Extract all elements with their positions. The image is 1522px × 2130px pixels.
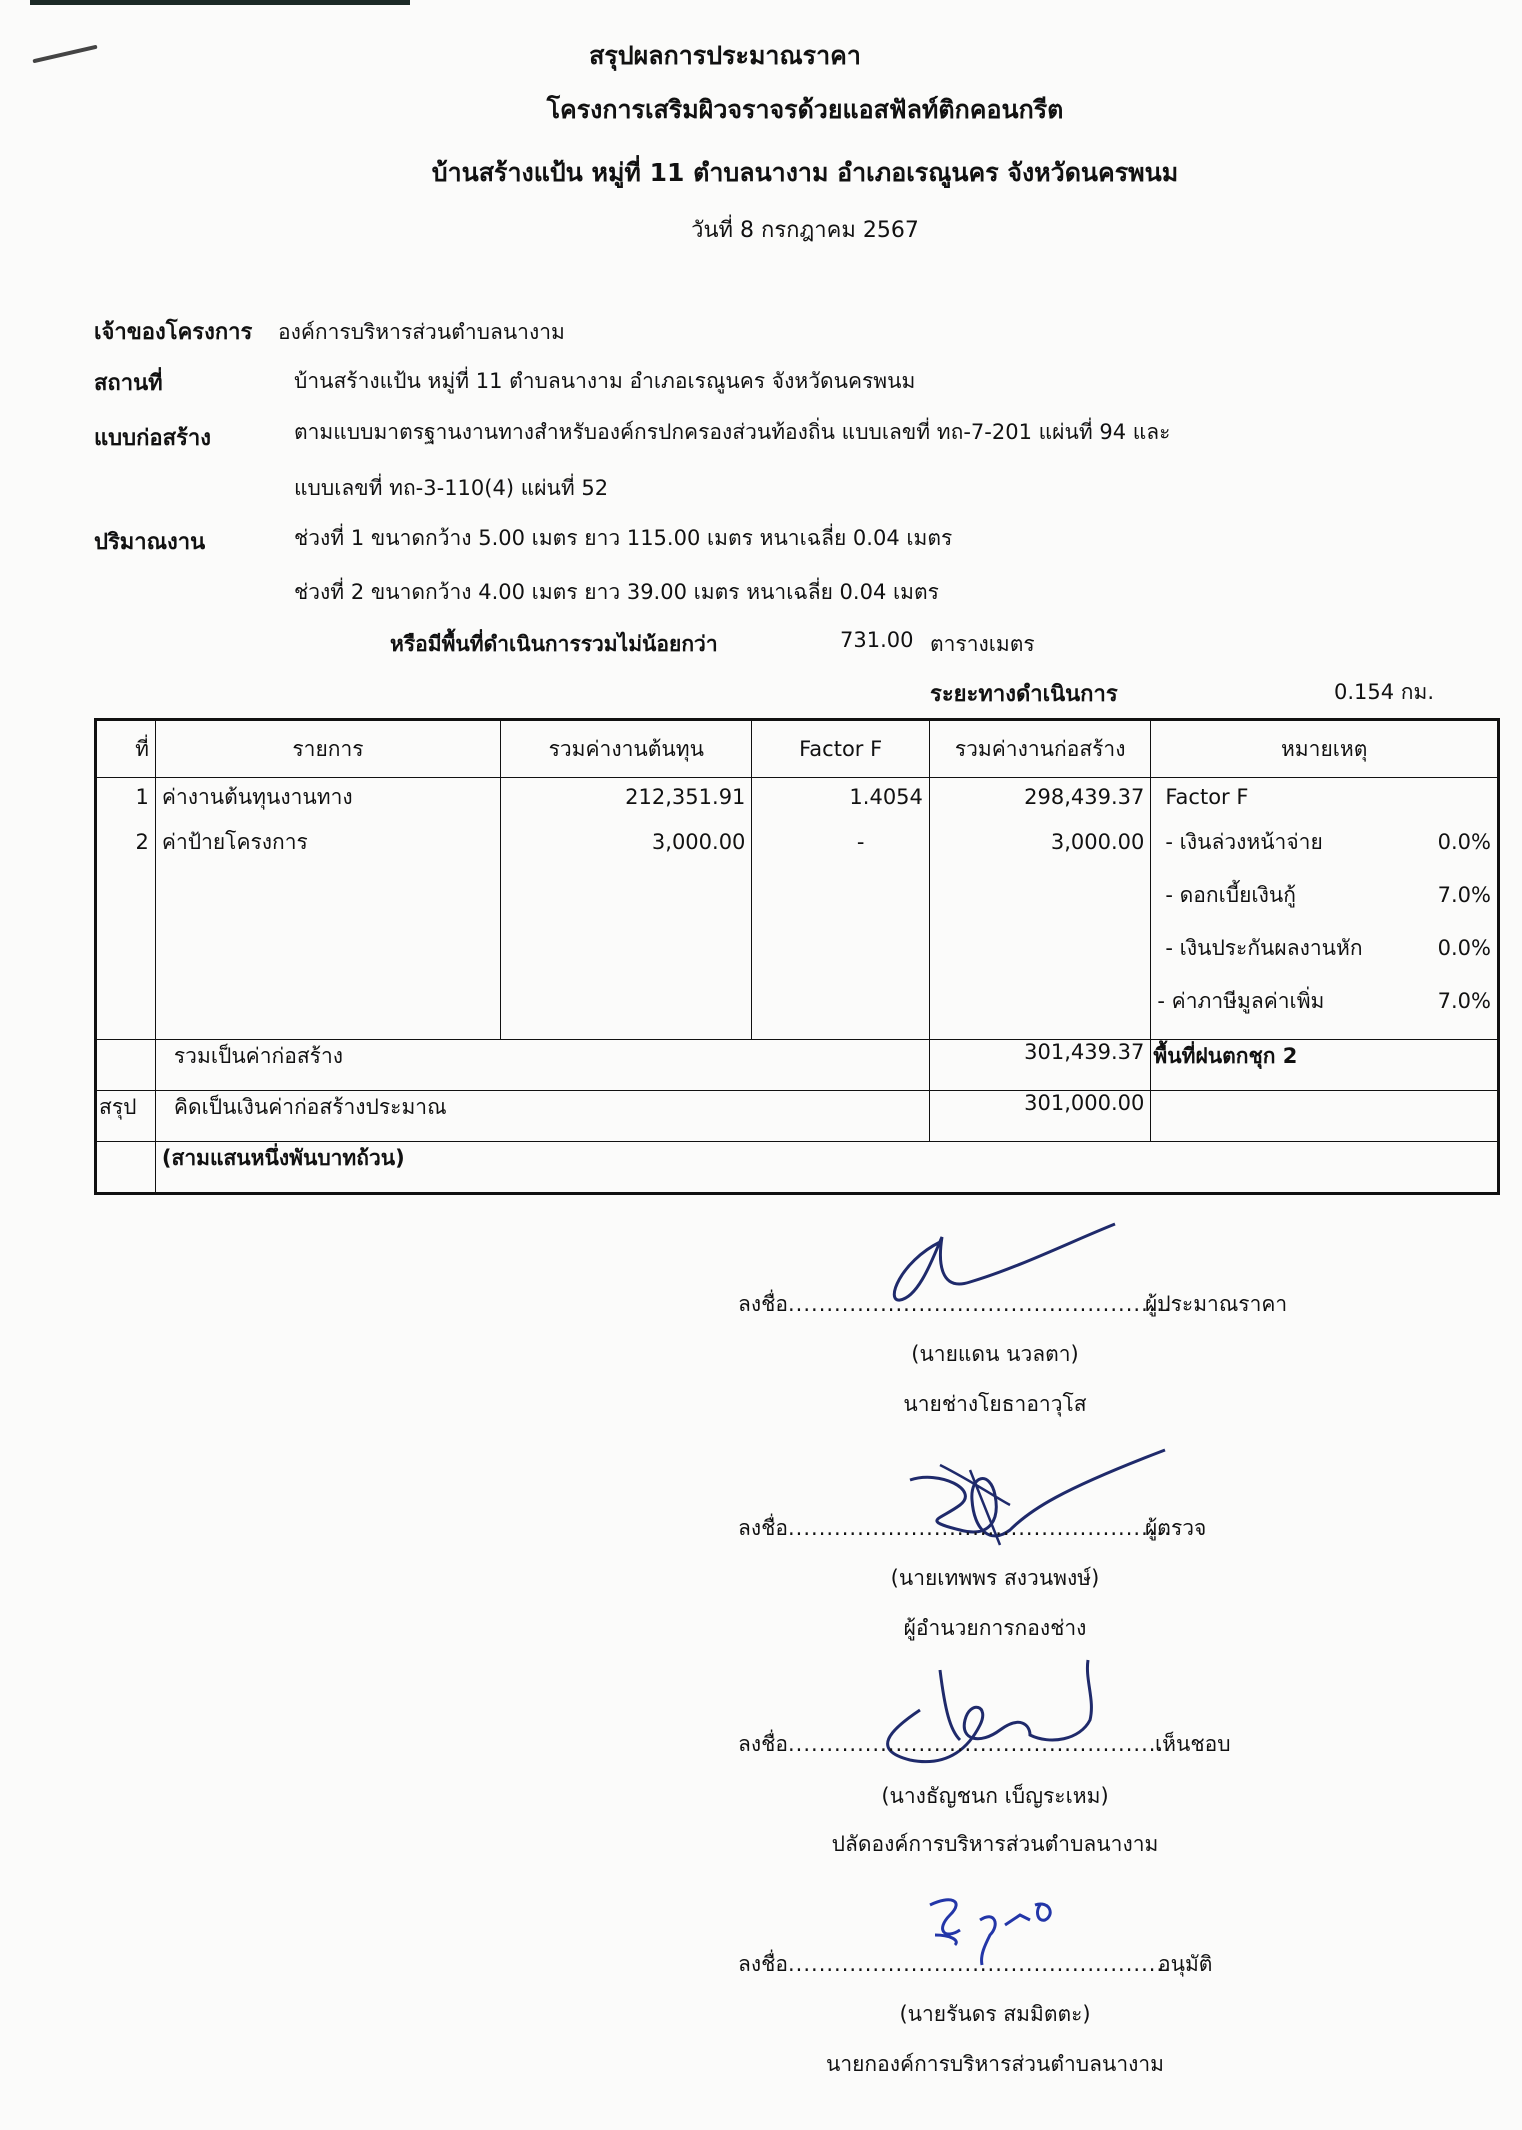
signer-role-4: อนุมัติ — [1158, 1948, 1212, 1981]
row-1-total: 298,439.37 — [936, 778, 1145, 816]
row-2-no: 2 — [103, 816, 149, 869]
remark-label: - ดอกเบี้ยเงินกู้ — [1157, 869, 1296, 922]
place-label: สถานที่ — [94, 365, 163, 400]
col-header-item: รายการ — [155, 720, 500, 778]
signer-position-2: ผู้อำนวยการกองช่าง — [760, 1612, 1230, 1645]
signer-position-4: นายกองค์การบริหารส่วนตำบลนางาม — [760, 2048, 1230, 2081]
remark-retention: - เงินประกันผลงานหัก 0.0% — [1157, 922, 1491, 975]
subtotal-value: 301,439.37 — [929, 1040, 1151, 1091]
subtotal-no — [96, 1040, 156, 1091]
amount-in-words: (สามแสนหนึ่งพันบาทถ้วน) — [155, 1142, 1498, 1194]
cell-remarks: Factor F - เงินล่วงหน้าจ่าย 0.0% - ดอกเบ… — [1151, 778, 1499, 1040]
row-2-factor: - — [758, 816, 922, 869]
area-unit: ตารางเมตร — [930, 628, 1035, 661]
signer-role-1: ผู้ประมาณราคา — [1145, 1288, 1287, 1321]
cell-total: 298,439.37 3,000.00 — [929, 778, 1151, 1040]
document-title: สรุปผลการประมาณราคา — [0, 36, 1450, 76]
sign-line-3: ลงชื่อ..................................… — [738, 1728, 1172, 1761]
quantity-segment-1: ช่วงที่ 1 ขนาดกว้าง 5.00 เมตร ยาว 115.00… — [294, 522, 952, 555]
remark-advance-payment: - เงินล่วงหน้าจ่าย 0.0% — [1157, 816, 1491, 869]
col-header-no: ที่ — [96, 720, 156, 778]
remark-value: 0.0% — [1438, 816, 1491, 869]
row-1-factor: 1.4054 — [758, 778, 922, 816]
distance-value: 0.154 กม. — [1334, 676, 1434, 709]
sign-prefix: ลงชื่อ — [738, 1516, 788, 1540]
summary-tag: สรุป — [96, 1091, 156, 1142]
summary-remark — [1151, 1091, 1499, 1142]
remark-label: - เงินประกันผลงานหัก — [1157, 922, 1362, 975]
col-header-cost: รวมค่างานต้นทุน — [501, 720, 752, 778]
amount-words-row: (สามแสนหนึ่งพันบาทถ้วน) — [96, 1142, 1499, 1194]
quantity-segment-2: ช่วงที่ 2 ขนาดกว้าง 4.00 เมตร ยาว 39.00 … — [294, 576, 939, 609]
cell-item: ค่างานต้นทุนงานทาง ค่าป้ายโครงการ — [155, 778, 500, 1040]
signer-name-2: (นายเทพพร สงวนพงษ์) — [760, 1562, 1230, 1595]
document-date: วันที่ 8 กรกฎาคม 2567 — [80, 212, 1522, 247]
place-value: บ้านสร้างแป้น หมู่ที่ 11 ตำบลนางาม อำเภอ… — [294, 365, 915, 398]
signer-role-2: ผู้ตรวจ — [1145, 1512, 1206, 1545]
table-body-row: 1 2 ค่างานต้นทุนงานทาง ค่าป้ายโครงการ 21… — [96, 778, 1499, 1040]
area-value: 731.00 — [840, 628, 913, 652]
remark-heading: Factor F — [1157, 778, 1491, 816]
project-name: โครงการเสริมผิวจราจรด้วยแอสฟัลท์ติกคอนกร… — [80, 90, 1522, 130]
owner-value: องค์การบริหารส่วนตำบลนางาม — [278, 316, 565, 349]
subtotal-row: รวมเป็นค่าก่อสร้าง 301,439.37 พื้นที่ฝนต… — [96, 1040, 1499, 1091]
scan-edge-mark — [30, 0, 410, 5]
row-2-cost: 3,000.00 — [507, 816, 745, 869]
area-label: หรือมีพื้นที่ดำเนินการรวมไม่น้อยกว่า — [390, 628, 718, 661]
summary-value: 301,000.00 — [929, 1091, 1151, 1142]
row-1-cost: 212,351.91 — [507, 778, 745, 816]
remark-value: 7.0% — [1438, 975, 1491, 1028]
row-2-item: ค่าป้ายโครงการ — [162, 816, 494, 869]
design-value-1: ตามแบบมาตรฐานงานทางสำหรับองค์กรปกครองส่ว… — [294, 416, 1170, 449]
quantity-label: ปริมาณงาน — [94, 524, 205, 559]
remark-vat: - ค่าภาษีมูลค่าเพิ่ม 7.0% — [1157, 975, 1491, 1028]
signer-name-3: (นางธัญชนก เบ็ญระเหม) — [760, 1780, 1230, 1813]
summary-row: สรุป คิดเป็นเงินค่าก่อสร้างประมาณ 301,00… — [96, 1091, 1499, 1142]
col-header-factor: Factor F — [752, 720, 929, 778]
signer-position-1: นายช่างโยธาอาวุโส — [760, 1388, 1230, 1421]
cost-summary-table: ที่ รายการ รวมค่างานต้นทุน Factor F รวมค… — [94, 718, 1500, 1195]
signer-position-3: ปลัดองค์การบริหารส่วนตำบลนางาม — [760, 1828, 1230, 1861]
sign-prefix: ลงชื่อ — [738, 1732, 788, 1756]
sign-line-2: ลงชื่อ..................................… — [738, 1512, 1172, 1545]
signer-name-1: (นายแดน นวลตา) — [760, 1338, 1230, 1371]
remark-loan-interest: - ดอกเบี้ยเงินกู้ 7.0% — [1157, 869, 1491, 922]
summary-label: คิดเป็นเงินค่าก่อสร้างประมาณ — [155, 1091, 929, 1142]
cell-cost: 212,351.91 3,000.00 — [501, 778, 752, 1040]
col-header-remark: หมายเหตุ — [1151, 720, 1499, 778]
table-header-row: ที่ รายการ รวมค่างานต้นทุน Factor F รวมค… — [96, 720, 1499, 778]
subtotal-label: รวมเป็นค่าก่อสร้าง — [155, 1040, 929, 1091]
remark-value: 7.0% — [1438, 869, 1491, 922]
project-location: บ้านสร้างแป้น หมู่ที่ 11 ตำบลนางาม อำเภอ… — [80, 153, 1522, 193]
cell-no: 1 2 — [96, 778, 156, 1040]
row-1-item: ค่างานต้นทุนงานทาง — [162, 778, 494, 816]
remark-label: - ค่าภาษีมูลค่าเพิ่ม — [1157, 975, 1324, 1028]
design-label: แบบก่อสร้าง — [94, 420, 211, 455]
sign-line-4: ลงชื่อ..................................… — [738, 1948, 1172, 1981]
distance-label: ระยะทางดำเนินการ — [930, 676, 1118, 711]
remark-value: 0.0% — [1438, 922, 1491, 975]
sign-prefix: ลงชื่อ — [738, 1952, 788, 1976]
row-1-no: 1 — [103, 778, 149, 816]
cell-factor: 1.4054 - — [752, 778, 929, 1040]
amount-words-no — [96, 1142, 156, 1194]
subtotal-remark: พื้นที่ฝนตกชุก 2 — [1151, 1040, 1499, 1091]
sign-prefix: ลงชื่อ — [738, 1292, 788, 1316]
row-2-total: 3,000.00 — [936, 816, 1145, 869]
col-header-total: รวมค่างานก่อสร้าง — [929, 720, 1151, 778]
remark-label: - เงินล่วงหน้าจ่าย — [1157, 816, 1322, 869]
owner-label: เจ้าของโครงการ — [94, 314, 252, 349]
design-value-2: แบบเลขที่ ทถ-3-110(4) แผ่นที่ 52 — [294, 472, 608, 505]
sign-line-1: ลงชื่อ..................................… — [738, 1288, 1172, 1321]
signer-role-3: เห็นชอบ — [1155, 1728, 1231, 1761]
signer-name-4: (นายรันดร สมมิตตะ) — [760, 1998, 1230, 2031]
